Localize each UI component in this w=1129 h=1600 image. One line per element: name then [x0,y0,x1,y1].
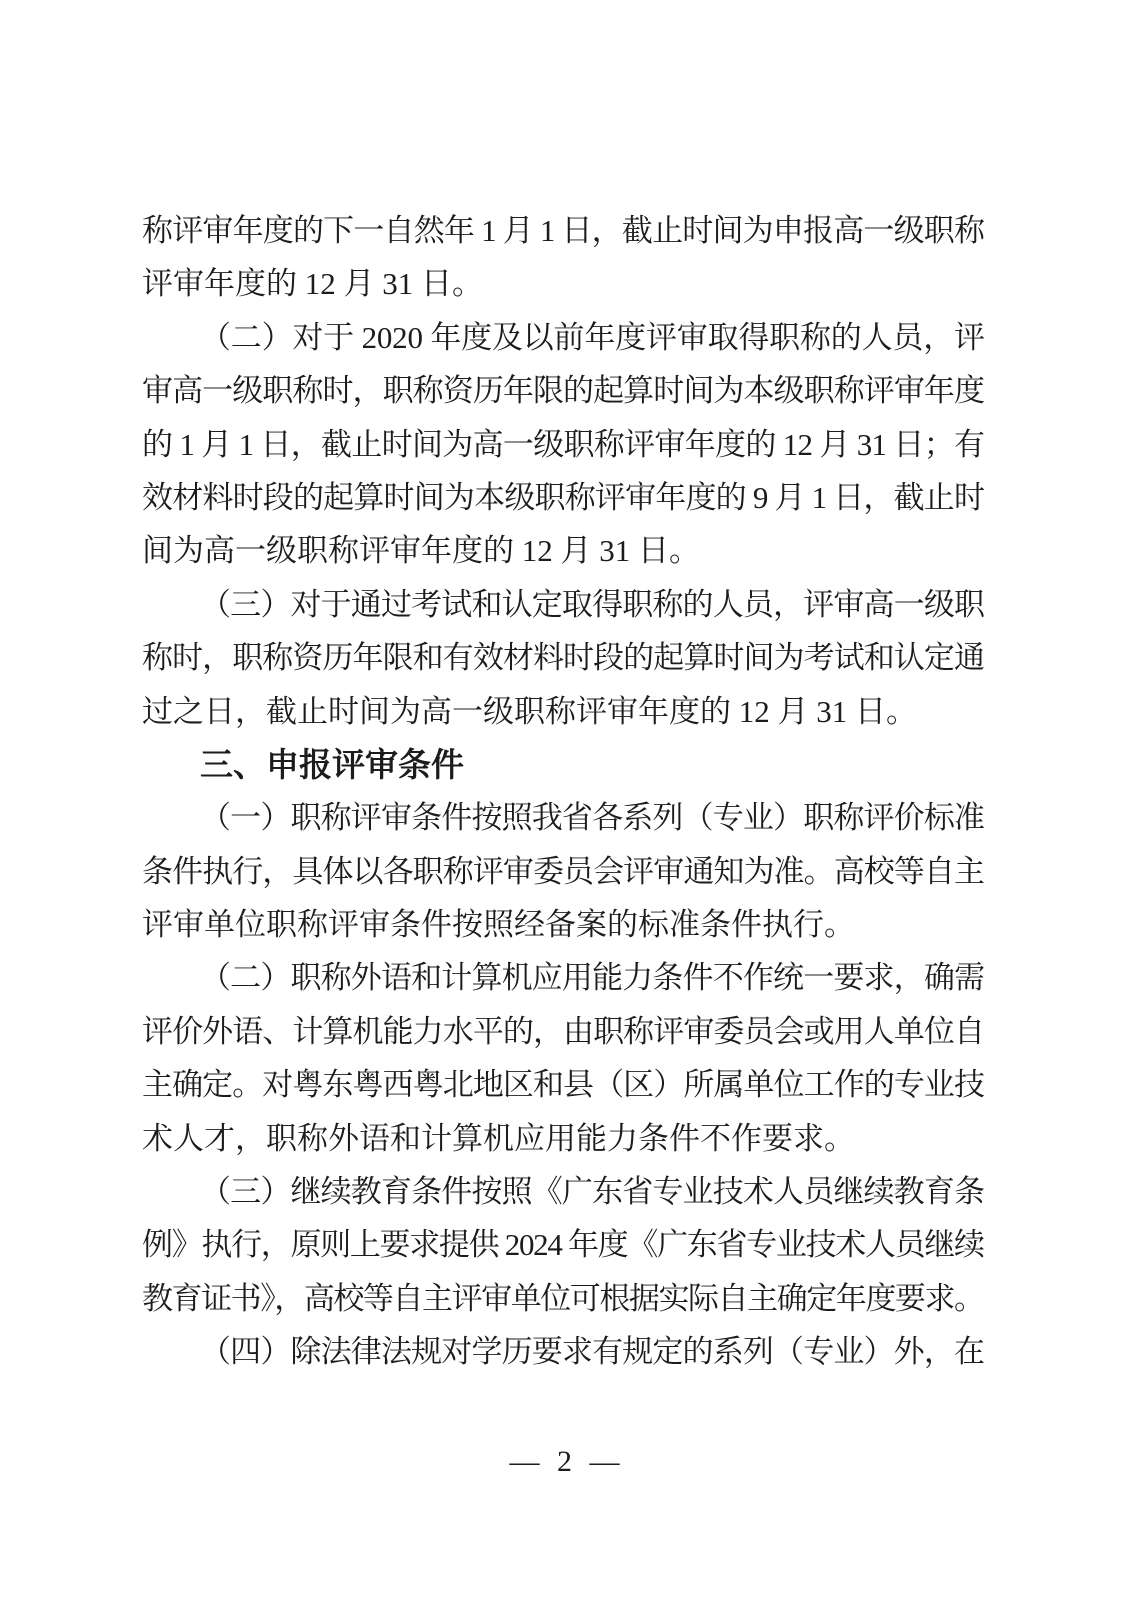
paragraph: （三）对于通过考试和认定取得职称的人员，评审高一级职称时，职称资历年限和有效材料… [142,578,985,738]
text-line: 教育证书》，高校等自主评审单位可根据实际自主确定年度要求。 [142,1272,985,1325]
line-text: （三）继续教育条件按照《广东省专业技术人员继续教育条 [200,1174,984,1209]
line-text: 主确定。对粤东粤西粤北地区和县（区）所属单位工作的专业技 [142,1067,984,1102]
text-line: （一）职称评审条件按照我省各系列（专业）职称评价标准 [142,791,985,844]
line-text: 过之日，截止时间为高一级职称评审年度的 12 月 31 日。 [142,694,917,729]
paragraph: （四）除法律法规对学历要求有规定的系列（专业）外，在 [142,1325,985,1378]
text-line: 效材料时段的起算时间为本级职称评审年度的 9 月 1 日，截止时 [142,471,985,524]
paragraph: （一）职称评审条件按照我省各系列（专业）职称评价标准条件执行，具体以各职称评审委… [142,791,985,951]
text-line: 评价外语、计算机能力水平的，由职称评审委员会或用人单位自 [142,1005,985,1058]
line-text: 术人才，职称外语和计算机应用能力条件不作要求。 [142,1121,855,1156]
line-text: 称时，职称资历年限和有效材料时段的起算时间为考试和认定通 [142,640,984,675]
text-line: 术人才，职称外语和计算机应用能力条件不作要求。 [142,1112,985,1165]
paragraph: （二）职称外语和计算机应用能力条件不作统一要求，确需评价外语、计算机能力水平的，… [142,951,985,1165]
text-line: 主确定。对粤东粤西粤北地区和县（区）所属单位工作的专业技 [142,1058,985,1111]
text-line: （二）职称外语和计算机应用能力条件不作统一要求，确需 [142,951,985,1004]
line-text: 的 1 月 1 日，截止时间为高一级职称评审年度的 12 月 31 日；有 [142,427,984,462]
text-line: 间为高一级职称评审年度的 12 月 31 日。 [142,524,985,577]
text-line: 条件执行，具体以各职称评审委员会评审通知为准。高校等自主 [142,845,985,898]
text-line: （二）对于 2020 年度及以前年度评审取得职称的人员，评 [142,311,985,364]
line-text: 条件执行，具体以各职称评审委员会评审通知为准。高校等自主 [142,854,984,889]
page-number: — 2 — [0,1444,1129,1480]
line-text: 效材料时段的起算时间为本级职称评审年度的 9 月 1 日，截止时 [142,480,984,515]
text-line: 的 1 月 1 日，截止时间为高一级职称评审年度的 12 月 31 日；有 [142,418,985,471]
line-text: （一）职称评审条件按照我省各系列（专业）职称评价标准 [200,800,984,835]
line-text: 审高一级职称时，职称资历年限的起算时间为本级职称评审年度 [142,373,984,408]
line-text: （四）除法律法规对学历要求有规定的系列（专业）外，在 [200,1334,984,1369]
text-line: （四）除法律法规对学历要求有规定的系列（专业）外，在 [142,1325,985,1378]
paragraph: （三）继续教育条件按照《广东省专业技术人员继续教育条例》执行，原则上要求提供 2… [142,1165,985,1325]
line-text: 称评审年度的下一自然年 1 月 1 日，截止时间为申报高一级职称 [142,213,984,248]
line-text: 间为高一级职称评审年度的 12 月 31 日。 [142,533,700,568]
text-line: 审高一级职称时，职称资历年限的起算时间为本级职称评审年度 [142,364,985,417]
text-line: 称时，职称资历年限和有效材料时段的起算时间为考试和认定通 [142,631,985,684]
text-line: 过之日，截止时间为高一级职称评审年度的 12 月 31 日。 [142,685,985,738]
line-text: 例》执行，原则上要求提供 2024 年度《广东省专业技术人员继续 [142,1227,984,1262]
line-text: 评审年度的 12 月 31 日。 [142,266,483,301]
line-text: 教育证书》，高校等自主评审单位可根据实际自主确定年度要求。 [142,1281,984,1316]
document-body: 称评审年度的下一自然年 1 月 1 日，截止时间为申报高一级职称评审年度的 12… [142,204,985,1379]
paragraph: 称评审年度的下一自然年 1 月 1 日，截止时间为申报高一级职称评审年度的 12… [142,204,985,311]
text-line: （三）继续教育条件按照《广东省专业技术人员继续教育条 [142,1165,985,1218]
text-line: 称评审年度的下一自然年 1 月 1 日，截止时间为申报高一级职称 [142,204,985,257]
line-text: 评价外语、计算机能力水平的，由职称评审委员会或用人单位自 [142,1014,984,1049]
text-line: （三）对于通过考试和认定取得职称的人员，评审高一级职 [142,578,985,631]
text-line: 例》执行，原则上要求提供 2024 年度《广东省专业技术人员继续 [142,1218,985,1271]
line-text: （二）对于 2020 年度及以前年度评审取得职称的人员，评 [200,320,985,355]
line-text: （二）职称外语和计算机应用能力条件不作统一要求，确需 [200,960,984,995]
heading-line: 三、申报评审条件 [142,738,985,791]
line-text: （三）对于通过考试和认定取得职称的人员，评审高一级职 [200,587,984,622]
document-page: 称评审年度的下一自然年 1 月 1 日，截止时间为申报高一级职称评审年度的 12… [0,0,1129,1600]
paragraph: （二）对于 2020 年度及以前年度评审取得职称的人员，评审高一级职称时，职称资… [142,311,985,578]
line-text: 三、申报评审条件 [200,746,464,783]
line-text: 评审单位职称评审条件按照经备案的标准条件执行。 [142,907,855,942]
text-line: 评审年度的 12 月 31 日。 [142,257,985,310]
section-heading: 三、申报评审条件 [142,738,985,791]
text-line: 评审单位职称评审条件按照经备案的标准条件执行。 [142,898,985,951]
